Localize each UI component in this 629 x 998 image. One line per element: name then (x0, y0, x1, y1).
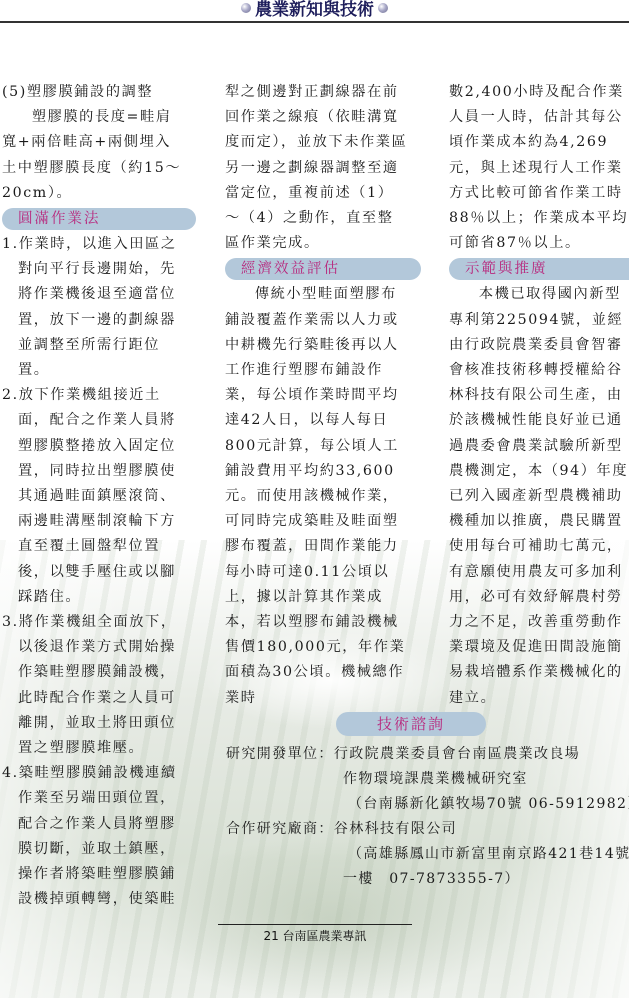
section-title-operation-method: 圓滿作業法 (2, 208, 196, 230)
step-3: 3.將作業機組全面放下，以後退作業方式開始操作築畦塑膠膜鋪設機，此時配合作業之人… (2, 610, 186, 761)
step-4: 4.築畦塑膠膜鋪設機連續作業至另端田頭位置，配合之作業人員將塑膠膜切斷，並取土鎮… (2, 761, 186, 912)
partner-address-line1: （高雄縣鳳山市新富里南京路421巷14號 (226, 842, 626, 867)
column-3: 數2,400小時及配合作業人員一人時，估計其每公頃作業成本約為4,269元，與上… (449, 80, 629, 711)
page-number: 21 (263, 929, 278, 943)
section-title-consultation: 技術諮詢 (336, 712, 486, 736)
rd-unit-address: （台南縣新化鎮牧場70號 06-5912982） (226, 792, 626, 817)
header-divider (0, 21, 629, 23)
section-title-demonstration: 示範與推廣 (449, 258, 629, 280)
economic-paragraph: 傳統小型畦面塑膠布鋪設覆蓋作業需以人力或中耕機先行築畦後再以人工作進行塑膠布鋪設… (225, 282, 409, 710)
partner-row: 合作研究廠商：谷林科技有限公司 (226, 817, 626, 842)
section-title-economic-evaluation: 經濟效益評估 (225, 258, 421, 280)
technical-consultation: 技術諮詢 研究開發單位：行政院農業委員會台南區農業改良場 作物環境課農業機械研究… (226, 712, 626, 892)
demonstration-paragraph: 本機已取得國內新型專利第225094號，並經由行政院農業委員會智審會核准技術移轉… (449, 282, 629, 710)
column-2: 犁之側邊對正劃線器在前回作業之線痕（依畦溝寬度而定），並放下未作業區另一邊之劃線… (225, 80, 409, 711)
header-title-wrap: 農業新知與技術 (0, 0, 629, 20)
orb-bullet-icon (378, 3, 388, 13)
film-length-paragraph: 塑膠膜的長度=畦肩寬+兩倍畦高+兩側埋入土中塑膠膜長度（約15～20cm）。 (2, 105, 186, 206)
page-header: 農業新知與技術 (0, 0, 629, 22)
page-footer: 21 台南區農業專訊 (218, 924, 412, 945)
publication-name: 台南區農業專訊 (283, 929, 367, 943)
step-4-continued: 犁之側邊對正劃線器在前回作業之線痕（依畦溝寬度而定），並放下未作業區另一邊之劃線… (225, 80, 409, 256)
rd-unit-label: 研究開發單位： (226, 746, 334, 762)
partner-label: 合作研究廠商： (226, 821, 334, 837)
column-1: (5)塑膠膜鋪設的調整 塑膠膜的長度=畦肩寬+兩倍畦高+兩側埋入土中塑膠膜長度（… (2, 80, 186, 913)
rd-unit-name: 行政院農業委員會台南區農業改良場 (334, 746, 580, 762)
partner-address-line2: 一樓 07-7873355-7） (226, 867, 626, 892)
subheading-film-adjustment: (5)塑膠膜鋪設的調整 (2, 80, 186, 105)
rd-unit-row: 研究開發單位：行政院農業委員會台南區農業改良場 (226, 742, 626, 767)
rd-unit-lab: 作物環境課農業機械研究室 (226, 767, 626, 792)
partner-name: 谷林科技有限公司 (334, 821, 457, 837)
header-title: 農業新知與技術 (255, 0, 374, 20)
economic-paragraph-continued: 數2,400小時及配合作業人員一人時，估計其每公頃作業成本約為4,269元，與上… (449, 80, 629, 256)
step-1: 1.作業時，以進入田區之對向平行長邊開始，先將作業機後退至適當位置，放下一邊的劃… (2, 232, 186, 383)
orb-bullet-icon (241, 3, 251, 13)
step-2: 2.放下作業機組接近土面，配合之作業人員將塑膠膜整捲放入固定位置，同時拉出塑膠膜… (2, 383, 186, 610)
